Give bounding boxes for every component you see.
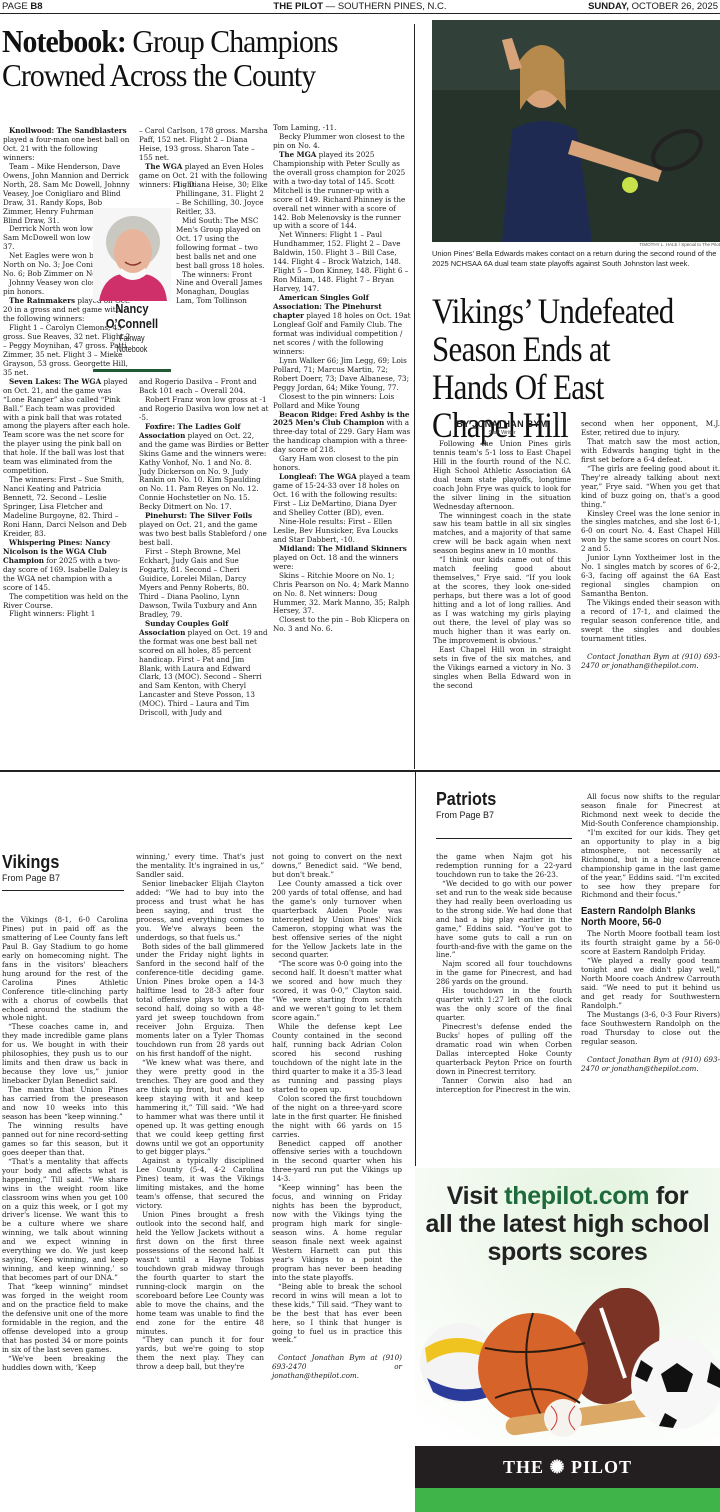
- column-accent-bar: [93, 369, 171, 372]
- paragraph: Senior linebacker Elijah Clayton added: …: [136, 880, 264, 943]
- paragraph: American Singles Golf Association: The P…: [273, 294, 411, 357]
- paragraph: Beacon Ridge: Fred Ashby is the 2025 Men…: [273, 411, 411, 456]
- paragraph: The winners: First – Sue Smith, Nanci Ke…: [3, 476, 131, 539]
- paragraph: Following the Union Pines girls tennis t…: [433, 440, 571, 512]
- vikings-column-2: winning,’ every time. That's just the me…: [136, 853, 264, 1372]
- notebook-column-2-bottom: and Rogerio Dasilva – Front and Back 101…: [139, 378, 269, 718]
- paragraph: While the defense kept Lee County contai…: [272, 1023, 402, 1095]
- paragraph: Union Pines brought a fresh outlook into…: [136, 1211, 264, 1336]
- paragraph: “Keep winning” has been the focus, and w…: [272, 1184, 402, 1282]
- ad-headline: Visit thepilot.com for all the latest hi…: [415, 1182, 720, 1266]
- tennis-column-1: BY JONATHAN BYM Staff Writer Following t…: [433, 420, 571, 691]
- paragraph: “The girls are feeling good about it. Th…: [581, 465, 720, 510]
- paragraph: Flight winners: Flight 1: [3, 610, 131, 619]
- paragraph: “The score was 0-0 going into the second…: [272, 960, 402, 1023]
- paragraph: Colon scored the first touchdown of the …: [272, 1095, 402, 1140]
- paragraph: Both sides of the ball glimmered under t…: [136, 943, 264, 1059]
- paragraph-lead: Foxfire: The Ladies Golf Association: [139, 422, 241, 440]
- paragraph: “We knew what was there, and they were p…: [136, 1059, 264, 1157]
- paragraph: “They can punch it for four yards, but w…: [136, 1336, 264, 1372]
- paragraph: First – Steph Browne, Mel Eckhart, Judy …: [139, 548, 269, 620]
- vikings-jump-header: Vikings From Page B7: [2, 852, 124, 884]
- paragraph: The MGA played its 2025 Championship wit…: [273, 151, 411, 232]
- tennis-column-2: second when her opponent, M.J. Ester, re…: [581, 420, 720, 671]
- patriots-column-1: the game when Najm got his redemption ru…: [436, 853, 572, 1095]
- paragraph: Junior Lynn Yoxtheimer lost in the No. 1…: [581, 554, 720, 599]
- vikings-column-3: not going to convert on the next downs,”…: [272, 853, 402, 1381]
- paragraph: Tanner Corwin also had an interception f…: [436, 1077, 572, 1095]
- paragraph: Lynn Walker 66; Jim Legg, 69; Lois Polla…: [273, 357, 411, 393]
- paragraph: That “keep winning” mindset was forged i…: [2, 1283, 128, 1355]
- vikings-column-1: the Vikings (8-1, 6-0 Carolina Pines) pu…: [2, 916, 128, 1373]
- paragraph: All focus now shifts to the regular seas…: [581, 793, 720, 829]
- ad-link[interactable]: thepilot.com: [504, 1182, 649, 1210]
- paragraph: “We decided to go with our power set and…: [436, 880, 572, 961]
- paragraph: Gary Ham won closest to the pin honors.: [273, 455, 411, 473]
- sports-balls-icon: [415, 1288, 720, 1448]
- contact-line: Contact Jonathan Bym at (910) 693-2470 o…: [581, 653, 720, 671]
- paragraph-lead: Beacon Ridge: Fred Ashby is the 2025 Men…: [273, 410, 410, 428]
- paragraph: Nine-Hole results: First – Ellen Leslie,…: [273, 518, 411, 545]
- paragraph: The winning results have panned out for …: [2, 1122, 128, 1158]
- paragraph: Kinsley Creel was the lone senior in the…: [581, 510, 720, 555]
- paragraph: “We played a really good team tonight an…: [581, 957, 720, 1011]
- notebook-column-2-wrap: 1 – Diana Heise, 30; Elke Phillingane, 3…: [176, 181, 269, 306]
- paragraph: Becky Plummer won closest to the pin on …: [273, 133, 411, 151]
- paragraph-lead: Midland: The Midland Skinners: [279, 544, 407, 553]
- paragraph-lead: Whispering Pines: Nancy Nicolson is the …: [3, 538, 110, 565]
- paragraph-lead: The Rainmakers: [9, 296, 75, 305]
- paragraph: “That's a mentality that affects your bo…: [2, 1158, 128, 1283]
- paragraph-lead: American Singles Golf Association: The P…: [273, 293, 382, 320]
- patriots-column-2: All focus now shifts to the regular seas…: [581, 793, 720, 1074]
- paragraph: The Vikings ended their season with a re…: [581, 599, 720, 644]
- paragraph-lead: Pinehurst: The Silver Foils: [145, 511, 252, 520]
- section-divider: [0, 770, 720, 772]
- paragraph: Robert Franz won low gross at -1 and Rog…: [139, 396, 269, 423]
- paragraph: The winners: Front Nine and Overall Jame…: [176, 271, 269, 307]
- section-left-rule: [415, 772, 416, 1166]
- column-name: FairwayNotebook: [101, 333, 163, 355]
- column-divider: [414, 24, 415, 769]
- paragraph: The mantra that Union Pines has carried …: [2, 1086, 128, 1122]
- paragraph: Seven Lakes: The WGA played on Oct. 21, …: [3, 378, 131, 476]
- paragraph-lead: Knollwood: The Sandblasters: [9, 126, 127, 135]
- columnist-name: Nancy O’Connell: [99, 301, 165, 331]
- compass-icon: ✺: [549, 1457, 565, 1477]
- paragraph: “I'm excited for our kids. They get an o…: [581, 829, 720, 901]
- paragraph: The competition was held on the River Co…: [3, 593, 131, 611]
- paragraph: the Vikings (8-1, 6-0 Carolina Pines) pu…: [2, 916, 128, 1023]
- photo-credit: TIMOTHY L. HALE / Special to The Pilot: [432, 242, 720, 247]
- notebook-column-1: Knollwood: The Sandblasters played a fou…: [3, 127, 131, 619]
- paragraph: Closest to the pin – Bob Klicpera on No.…: [273, 616, 411, 634]
- paragraph-lead: Longleaf: The WGA: [279, 472, 357, 481]
- thepilot-sports-ad[interactable]: Visit thepilot.com for all the latest hi…: [415, 1168, 720, 1512]
- paragraph: His touchdown in the fourth quarter with…: [436, 987, 572, 1023]
- paragraph: Pinehurst: The Silver Foils played on Oc…: [139, 512, 269, 548]
- paragraph: East Chapel Hill won in straight sets in…: [433, 646, 571, 691]
- paragraph: That match saw the most action, with Edw…: [581, 438, 720, 465]
- photo-caption: Union Pines’ Bella Edwards makes contact…: [432, 249, 720, 269]
- paragraph: Knollwood: The Sandblasters played a fou…: [3, 127, 131, 163]
- paragraph: Net Winners: Flight 1 – Paul Hundhammer,…: [273, 231, 411, 294]
- paragraph: not going to convert on the next downs,”…: [272, 853, 402, 880]
- paragraph-lead: The MGA: [279, 150, 316, 159]
- page-folio: PAGE B8 THE PILOT — SOUTHERN PINES, N.C.…: [0, 0, 720, 14]
- paragraph: Closest to the pin winners: Lois Pollard…: [273, 393, 411, 411]
- paragraph: “I think our kids came out of this match…: [433, 556, 571, 646]
- tennis-player-image-icon: [432, 20, 720, 242]
- paragraph: second when her opponent, M.J. Ester, re…: [581, 420, 720, 438]
- notebook-column-3: Tom Laming, -11.Becky Plummer won closes…: [273, 124, 411, 634]
- issue-date: SUNDAY, OCTOBER 26, 2025: [588, 0, 718, 13]
- paragraph: Mid South: The MSC Men's Group played on…: [176, 217, 269, 271]
- contact-line: Contact Jonathan Bym at (910) 693-2470 o…: [581, 1056, 720, 1074]
- contact-line: Contact Jonathan Bym at (910) 693-2470 o…: [272, 1354, 402, 1381]
- pilot-logo: THE ✺ PILOT: [415, 1446, 720, 1488]
- paragraph-lead: Seven Lakes: The WGA: [9, 377, 101, 386]
- paragraph: The North Moore football team lost its f…: [581, 930, 720, 957]
- paragraph: Najm scored all four touchdowns in the g…: [436, 960, 572, 987]
- patriots-subhead: Eastern Randolph Blanks North Moore, 56-…: [581, 906, 706, 928]
- paragraph: – Carol Carlson, 178 gross. Marsha Paff,…: [139, 127, 269, 163]
- paragraph: 1 – Diana Heise, 30; Elke Phillingane, 3…: [176, 181, 269, 217]
- paragraph: Pinecrest's defense ended the Bucks' hop…: [436, 1023, 572, 1077]
- paragraph: and Rogerio Dasilva – Front and Back 101…: [139, 378, 269, 396]
- paragraph: Against a typically disciplined Lee Coun…: [136, 1157, 264, 1211]
- paragraph: Lee County amassed a tick over 200 yards…: [272, 880, 402, 961]
- paragraph: “We've been breaking the huddles down wi…: [2, 1355, 128, 1373]
- byline-role: Staff Writer: [433, 429, 571, 438]
- vikings-jump-rule: [2, 890, 124, 891]
- tennis-photo: [432, 20, 720, 242]
- paragraph: The winningest coach in the state saw hi…: [433, 512, 571, 557]
- paragraph: Benedict capped off another offensive se…: [272, 1140, 402, 1185]
- columnist-photo-icon: [93, 208, 171, 301]
- paragraph: Whispering Pines: Nancy Nicolson is the …: [3, 539, 131, 593]
- paragraph: Sunday Couples Golf Association played o…: [139, 620, 269, 718]
- paragraph: Longleaf: The WGA played a team game of …: [273, 473, 411, 518]
- patriots-jump-header: Patriots From Page B7: [436, 789, 572, 821]
- paragraph: Skins – Ritchie Moore on No. 1; Chris Pe…: [273, 572, 411, 617]
- byline: BY JONATHAN BYM: [433, 420, 571, 429]
- paragraph: “These coaches came in, and they made in…: [2, 1023, 128, 1086]
- paragraph: Foxfire: The Ladies Golf Association pla…: [139, 423, 269, 513]
- paragraph-lead: Sunday Couples Golf Association: [139, 619, 228, 637]
- paragraph: the game when Najm got his redemption ru…: [436, 853, 572, 880]
- notebook-headline: Notebook: Group Champions Crowned Across…: [2, 24, 383, 92]
- paragraph: “Being able to break the school record i…: [272, 1283, 402, 1346]
- paragraph-lead: The WGA: [145, 162, 182, 171]
- paragraph: The Mustangs (3-6, 0-3 Four Rivers) face…: [581, 1011, 720, 1047]
- paragraph: Midland: The Midland Skinners played on …: [273, 545, 411, 572]
- patriots-jump-rule: [436, 838, 572, 839]
- paragraph: winning,’ every time. That's just the me…: [136, 853, 264, 880]
- columnist-headshot: [93, 208, 171, 301]
- ad-green-bar: [415, 1488, 720, 1512]
